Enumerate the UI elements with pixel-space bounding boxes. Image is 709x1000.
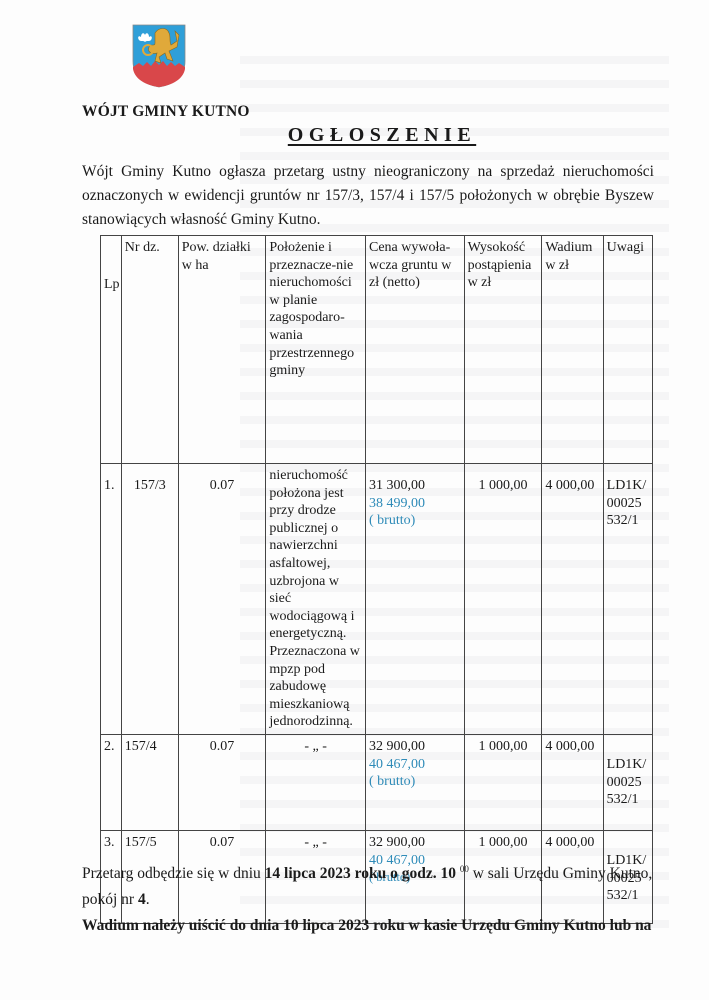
coat-of-arms-icon — [131, 23, 187, 89]
cell-lp: 2. — [101, 734, 122, 830]
room-line: pokój nr 4. — [82, 887, 662, 913]
intro-line-2: oznaczonych w ewidencji gruntów nr 157/3… — [82, 184, 654, 208]
cell-polozenie: nieruchomość położona jest przy drodze p… — [266, 464, 366, 735]
text: . — [146, 891, 150, 908]
cell-pow: 0.07 — [178, 464, 266, 735]
text: Przetarg odbędzie się w dniu — [82, 865, 265, 882]
cell-cena: 31 300,00 38 499,00 ( brutto) — [366, 464, 465, 735]
organization-name: WÓJT GMINY KUTNO — [82, 103, 250, 121]
cena-netto: 32 900,00 — [369, 835, 425, 850]
intro-line-1: Wójt Gminy Kutno ogłasza przetarg ustny … — [82, 160, 654, 184]
col-header-uwagi: Uwagi — [603, 236, 652, 464]
deposit-deadline: Wadium należy uiścić do dnia 10 lipca 20… — [82, 917, 651, 934]
page-title: OGŁOSZENIE — [0, 124, 709, 147]
col-header-wysokosc: Wysokość postąpienia w zł — [464, 236, 542, 464]
cell-wadium: 4 000,00 — [542, 464, 603, 735]
cell-wysokosc: 1 000,00 — [464, 464, 542, 735]
cell-nr: 157/3 — [121, 464, 178, 735]
cell-wysokosc: 1 000,00 — [464, 734, 542, 830]
text: pokój nr — [82, 891, 138, 908]
cell-pow: 0.07 — [178, 734, 266, 830]
auction-date-line: Przetarg odbędzie się w dniu 14 lipca 20… — [82, 856, 662, 887]
cena-brutto: 38 499,00 — [369, 495, 461, 513]
time-minutes: 00 — [460, 864, 469, 874]
auction-date: 14 lipca 2023 roku o godz. 10 — [265, 865, 460, 882]
table-row: 1. 157/3 0.07 nieruchomość położona jest… — [101, 464, 653, 735]
col-header-wadium: Wadium w zł — [542, 236, 603, 464]
footer-text: Przetarg odbędzie się w dniu 14 lipca 20… — [82, 856, 662, 939]
brutto-label: ( brutto) — [369, 773, 461, 791]
col-header-nr: Nr dz. — [121, 236, 178, 464]
cena-netto: 32 900,00 — [369, 739, 425, 754]
deposit-line: Wadium należy uiścić do dnia 10 lipca 20… — [82, 913, 662, 939]
col-header-cena: Cena wywoła-wcza gruntu w zł (netto) — [366, 236, 465, 464]
table-header-row: Lp Nr dz. Pow. działki w ha Położenie i … — [101, 236, 653, 464]
col-header-lp: Lp — [101, 236, 122, 464]
cena-brutto: 40 467,00 — [369, 756, 461, 774]
cena-netto: 31 300,00 — [369, 478, 425, 493]
col-header-pow: Pow. działki w ha — [178, 236, 266, 464]
cell-lp: 1. — [101, 464, 122, 735]
table-row: 2. 157/4 0.07 - „ - 32 900,00 40 467,00 … — [101, 734, 653, 830]
intro-line-3: stanowiących własność Gminy Kutno. — [82, 211, 321, 228]
cell-uwagi: LD1K/ 00025 532/1 — [603, 464, 652, 735]
parcels-table: Lp Nr dz. Pow. działki w ha Położenie i … — [100, 235, 653, 924]
cell-uwagi: LD1K/ 00025 532/1 — [603, 734, 652, 830]
brutto-label: ( brutto) — [369, 512, 461, 530]
cell-wadium: 4 000,00 — [542, 734, 603, 830]
intro-paragraph: Wójt Gminy Kutno ogłasza przetarg ustny … — [82, 160, 654, 232]
room-number: 4 — [138, 891, 146, 908]
col-header-polozenie: Położenie i przeznacze-nie nieruchomości… — [266, 236, 366, 464]
cell-nr: 157/4 — [121, 734, 178, 830]
cell-cena: 32 900,00 40 467,00 ( brutto) — [366, 734, 465, 830]
cell-polozenie: - „ - — [266, 734, 366, 830]
text: w sali Urzędu Gminy Kutno, — [469, 865, 652, 882]
